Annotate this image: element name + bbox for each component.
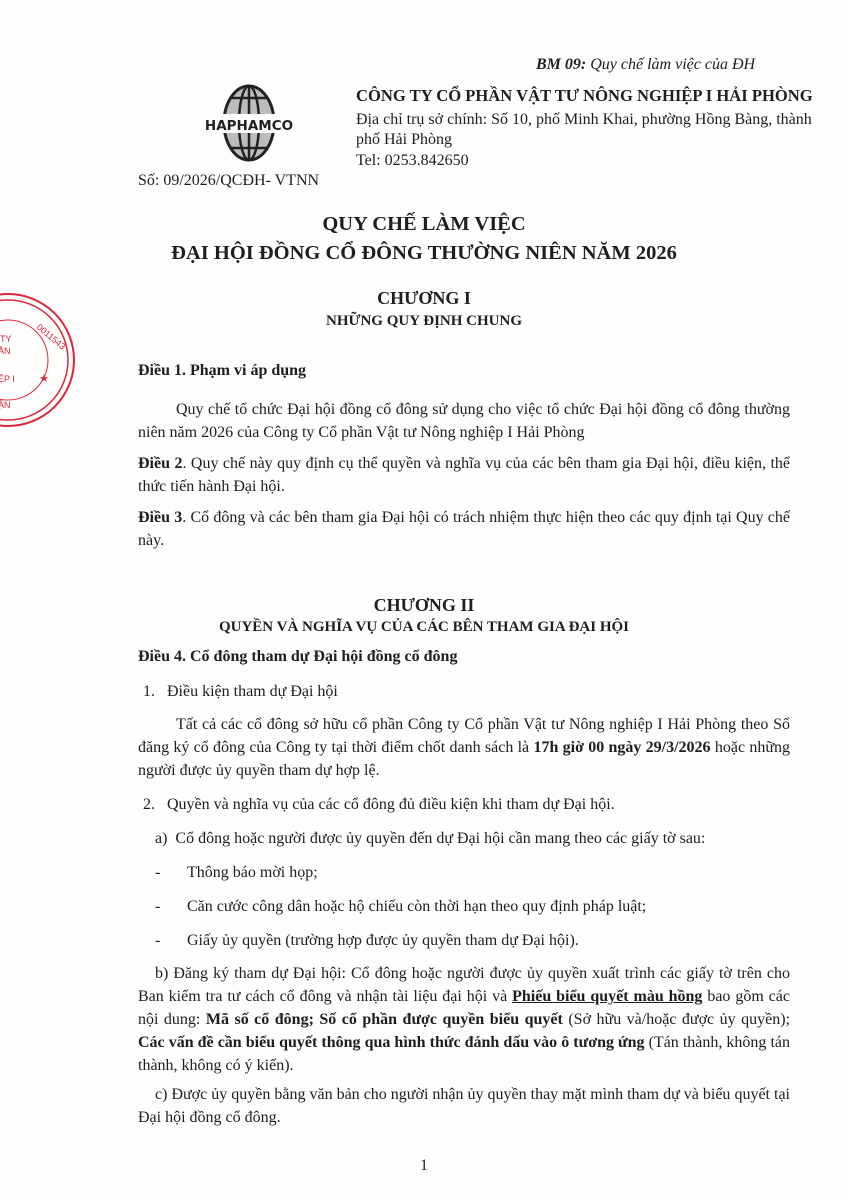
article-1-title: Điều 1. Phạm vi áp dụng bbox=[138, 359, 790, 382]
document-title: QUY CHẾ LÀM VIỆC bbox=[0, 213, 848, 236]
article-1-text: Quy chế tổ chức Đại hội đồng cổ đông sử … bbox=[138, 398, 790, 444]
company-name: CÔNG TY CỔ PHẦN VẬT TƯ NÔNG NGHIỆP I HẢI… bbox=[356, 86, 813, 106]
company-seal-stamp: 0011543 TY ẦN ỆP I ẬN ★ bbox=[0, 290, 78, 430]
company-address: Địa chỉ trụ sở chính: Số 10, phố Minh Kh… bbox=[356, 110, 816, 150]
item-2-heading: 2. Quyền và nghĩa vụ của các cổ đông đủ … bbox=[143, 793, 795, 816]
item-2b-text: b) Đăng ký tham dự Đại hội: Cổ đông hoặc… bbox=[138, 962, 790, 1077]
chapter-1-subtitle: NHỮNG QUY ĐỊNH CHUNG bbox=[0, 313, 848, 330]
page-number: 1 bbox=[0, 1157, 848, 1175]
chapter-1-heading: CHƯƠNG I bbox=[0, 288, 848, 309]
item-2c-text: c) Được ủy quyền bằng văn bản cho người … bbox=[138, 1083, 790, 1129]
article-2-text: Điều 2. Quy chế này quy định cụ thể quyề… bbox=[138, 452, 790, 498]
bullet-item: -Giấy ủy quyền (trường hợp được ủy quyền… bbox=[155, 929, 807, 952]
article-3-text: Điều 3. Cổ đông và các bên tham gia Đại … bbox=[138, 506, 790, 552]
svg-text:★: ★ bbox=[39, 373, 49, 385]
bullet-item: -Thông báo mời họp; bbox=[155, 861, 807, 884]
svg-text:TY: TY bbox=[0, 334, 12, 344]
item-1-text: Tất cả các cổ đông sở hữu cổ phần Công t… bbox=[138, 713, 790, 782]
svg-text:ẦN: ẦN bbox=[0, 346, 11, 356]
company-logo: HAPHAMCO bbox=[204, 83, 294, 163]
company-phone: Tel: 0253.842650 bbox=[356, 152, 469, 170]
article-4-title: Điều 4. Cổ đông tham dự Đại hội đồng cổ … bbox=[138, 645, 790, 668]
chapter-2-subtitle: QUYỀN VÀ NGHĨA VỤ CỦA CÁC BÊN THAM GIA Đ… bbox=[0, 619, 848, 636]
item-1-heading: 1. Điều kiện tham dự Đại hội bbox=[143, 680, 795, 703]
form-code: BM 09: Quy chế làm việc của ĐH bbox=[536, 56, 755, 74]
svg-text:ỆP I: ỆP I bbox=[0, 374, 15, 384]
item-2a-text: a) Cổ đông hoặc người được ủy quyền đến … bbox=[155, 827, 807, 850]
document-subtitle: ĐẠI HỘI ĐỒNG CỔ ĐÔNG THƯỜNG NIÊN NĂM 202… bbox=[0, 242, 848, 265]
bullet-item: -Căn cước công dân hoặc hộ chiếu còn thờ… bbox=[155, 895, 807, 918]
globe-icon: HAPHAMCO bbox=[204, 83, 294, 163]
svg-text:ẬN: ẬN bbox=[0, 400, 11, 410]
chapter-2-heading: CHƯƠNG II bbox=[0, 595, 848, 616]
document-number: Số: 09/2026/QCĐH- VTNN bbox=[138, 172, 319, 190]
svg-text:HAPHAMCO: HAPHAMCO bbox=[205, 118, 293, 134]
